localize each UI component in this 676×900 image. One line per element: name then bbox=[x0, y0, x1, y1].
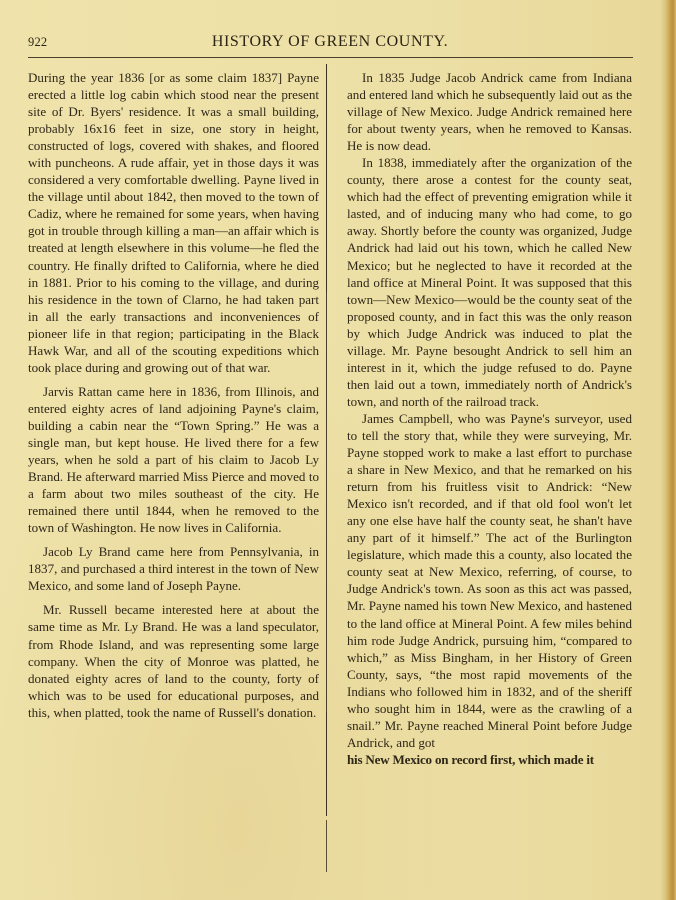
page-edge bbox=[666, 0, 676, 900]
left-column: During the year 1836 [or as some claim 1… bbox=[28, 69, 319, 721]
paragraph-jacob-ly-brand: Jacob Ly Brand came here from Pennsylvan… bbox=[28, 543, 319, 594]
header-rule bbox=[28, 57, 633, 58]
running-title: HISTORY OF GREEN COUNTY. bbox=[28, 33, 632, 51]
paragraph-judge-andrick: In 1835 Judge Jacob Andrick came from In… bbox=[347, 69, 632, 154]
paragraph-county-seat-contest: In 1838, immediately after the organizat… bbox=[347, 154, 632, 410]
paragraph-james-campbell: James Campbell, who was Payne's surveyor… bbox=[347, 410, 632, 751]
column-divider bbox=[326, 820, 327, 872]
paragraph-mr-russell: Mr. Russell became interested here at ab… bbox=[28, 601, 319, 720]
column-divider bbox=[326, 64, 327, 292]
paragraph-continuation-line: his New Mexico on record first, which ma… bbox=[347, 751, 632, 768]
paragraph-jarvis-rattan: Jarvis Rattan came here in 1836, from Il… bbox=[28, 383, 319, 536]
paragraph-payne-cabin: During the year 1836 [or as some claim 1… bbox=[28, 69, 319, 376]
right-column: In 1835 Judge Jacob Andrick came from In… bbox=[347, 69, 632, 768]
page-header: 922 HISTORY OF GREEN COUNTY. bbox=[28, 33, 632, 53]
column-divider bbox=[326, 292, 327, 712]
book-page: 922 HISTORY OF GREEN COUNTY. During the … bbox=[0, 0, 676, 900]
column-divider bbox=[326, 712, 327, 816]
